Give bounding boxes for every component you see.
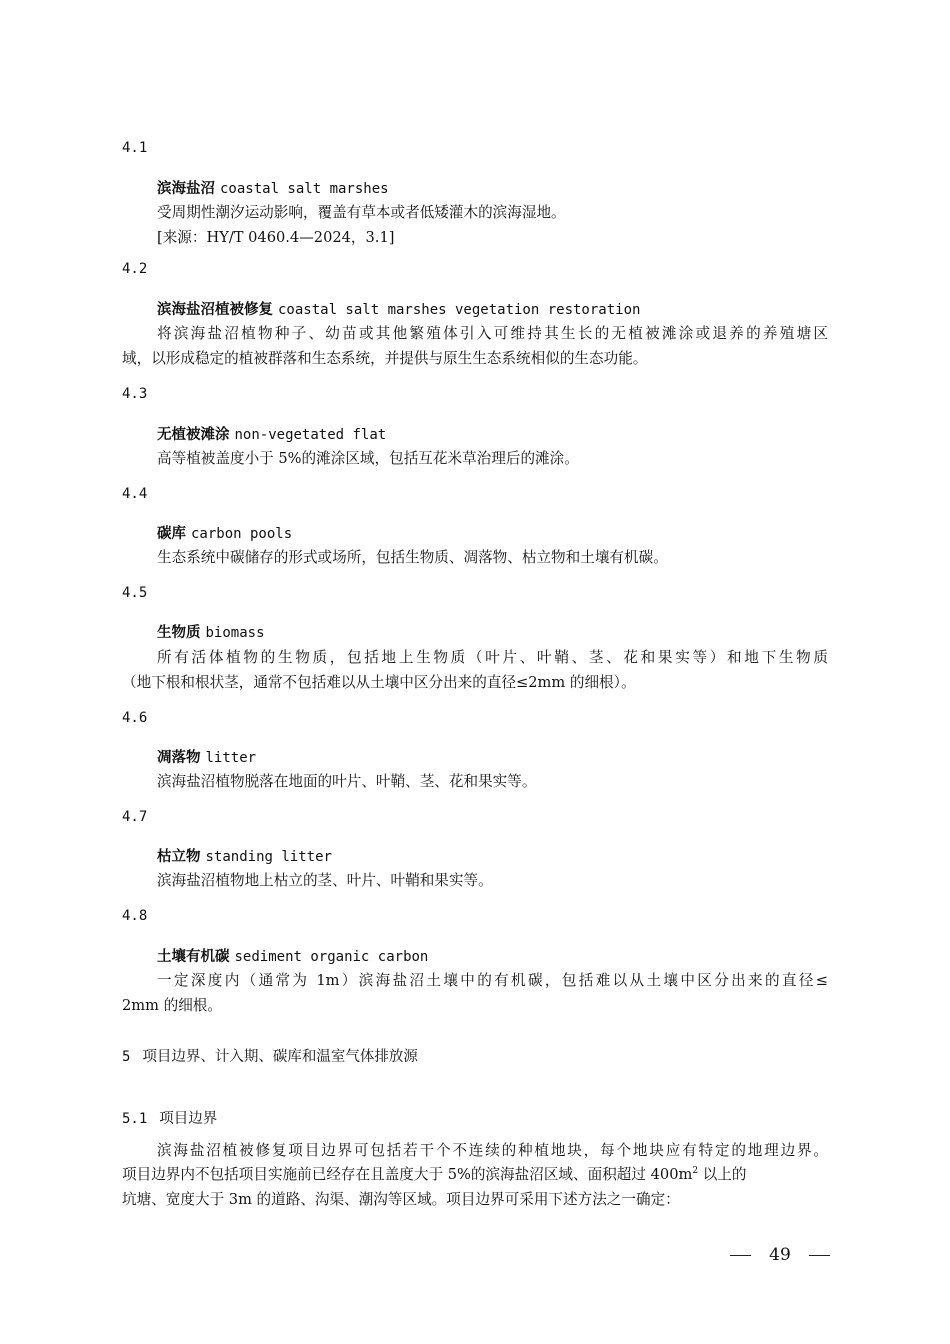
term-heading: 碳库carbon pools <box>157 522 292 543</box>
term-en: coastal salt marshes <box>220 181 389 197</box>
term-en: biomass <box>206 625 265 641</box>
document-page: 4.1 滨海盐沼coastal salt marshes 受周期性潮汐运动影响，… <box>0 0 950 1344</box>
paragraph-line: 滨海盐沼植被修复项目边界可包括若干个不连续的种植地块，每个地块应有特定的地理边界… <box>157 1139 828 1160</box>
subsection-title: 项目边界 <box>159 1111 217 1127</box>
definition-line: 2mm 的细根。 <box>122 994 222 1015</box>
definition-line: （地下根和根状茎，通常不包括难以从土壤中区分出来的直径≤2mm 的细根）。 <box>122 671 636 692</box>
term-en: sediment organic carbon <box>235 949 429 965</box>
term-heading: 土壤有机碳sediment organic carbon <box>157 945 428 966</box>
definition-line: 生态系统中碳储存的形式或场所，包括生物质、凋落物、枯立物和土壤有机碳。 <box>157 546 668 567</box>
clause-number: 4.8 <box>122 908 147 924</box>
section-number: 5 <box>122 1049 130 1065</box>
subsection-heading: 5.1项目边界 <box>122 1107 217 1128</box>
section-heading: 5项目边界、计入期、碳库和温室气体排放源 <box>122 1045 418 1066</box>
subsection-number: 5.1 <box>122 1111 147 1127</box>
paragraph-text: 项目边界内不包括项目实施前已经存在且盖度大于 5%的滨海盐沼区域、面积超过 40… <box>122 1163 747 1184</box>
term-zh: 土壤有机碳 <box>157 949 230 965</box>
term-heading: 无植被滩涂non-vegetated flat <box>157 423 386 444</box>
clause-number: 4.1 <box>122 140 147 156</box>
clause-number: 4.6 <box>122 710 147 726</box>
definition-line: 滨海盐沼植物地上枯立的茎、叶片、叶鞘和果实等。 <box>157 869 493 890</box>
definition-line: 域，以形成稳定的植被群落和生态系统，并提供与原生生态系统相似的生态功能。 <box>122 347 647 368</box>
term-zh: 无植被滩涂 <box>157 427 230 443</box>
source-reference: [来源：HY/T 0460.4—2024，3.1] <box>157 226 394 247</box>
term-heading: 凋落物litter <box>157 746 256 767</box>
term-zh: 碳库 <box>157 526 186 542</box>
term-en: non-vegetated flat <box>235 427 387 443</box>
superscript: 2 <box>692 1166 698 1176</box>
term-zh: 枯立物 <box>157 849 201 865</box>
definition-line: 滨海盐沼植物脱落在地面的叶片、叶鞘、茎、花和果实等。 <box>157 770 536 791</box>
term-en: standing litter <box>206 849 332 865</box>
paragraph-line: 项目边界内不包括项目实施前已经存在且盖度大于 5%的滨海盐沼区域、面积超过 40… <box>122 1163 828 1184</box>
definition-line: 所有活体植物的生物质，包括地上生物质（叶片、叶鞘、茎、花和果实等）和地下生物质 <box>157 646 828 667</box>
term-heading: 枯立物standing litter <box>157 845 332 866</box>
definition-line: 受周期性潮汐运动影响，覆盖有草本或者低矮灌木的滨海湿地。 <box>157 201 566 222</box>
definition-line: 高等植被盖度小于 5%的滩涂区域，包括互花米草治理后的滩涂。 <box>157 447 579 468</box>
term-en: litter <box>206 750 257 766</box>
paragraph-fragment: 项目边界内不包括项目实施前已经存在且盖度大于 5%的滨海盐沼区域、面积超过 40… <box>122 1166 692 1183</box>
dash-left <box>730 1255 751 1256</box>
term-en: coastal salt marshes vegetation restorat… <box>278 302 640 318</box>
definition-line: 一定深度内（通常为 1m）滨海盐沼土壤中的有机碳，包括难以从土壤中区分出来的直径… <box>157 969 828 990</box>
section-title: 项目边界、计入期、碳库和温室气体排放源 <box>142 1049 418 1065</box>
page-footer: 49 <box>730 1245 830 1265</box>
term-zh: 生物质 <box>157 625 201 641</box>
dash-right <box>809 1255 830 1256</box>
clause-number: 4.4 <box>122 486 147 502</box>
clause-number: 4.3 <box>122 386 147 402</box>
term-zh: 滨海盐沼植被修复 <box>157 302 273 318</box>
clause-number: 4.7 <box>122 809 147 825</box>
clause-number: 4.5 <box>122 585 147 601</box>
term-heading: 滨海盐沼coastal salt marshes <box>157 177 389 198</box>
clause-number: 4.2 <box>122 261 147 277</box>
term-heading: 滨海盐沼植被修复coastal salt marshes vegetation … <box>157 298 640 319</box>
page-number: 49 <box>769 1245 791 1265</box>
term-zh: 滨海盐沼 <box>157 181 215 197</box>
term-heading: 生物质biomass <box>157 621 265 642</box>
paragraph-fragment: 以上的 <box>703 1166 747 1183</box>
definition-line: 将滨海盐沼植物种子、幼苗或其他繁殖体引入可维持其生长的无植被滩涂或退养的养殖塘区 <box>157 322 828 343</box>
paragraph-line: 坑塘、宽度大于 3m 的道路、沟渠、潮沟等区域。项目边界可采用下述方法之一确定： <box>122 1188 680 1209</box>
term-zh: 凋落物 <box>157 750 201 766</box>
term-en: carbon pools <box>191 526 292 542</box>
